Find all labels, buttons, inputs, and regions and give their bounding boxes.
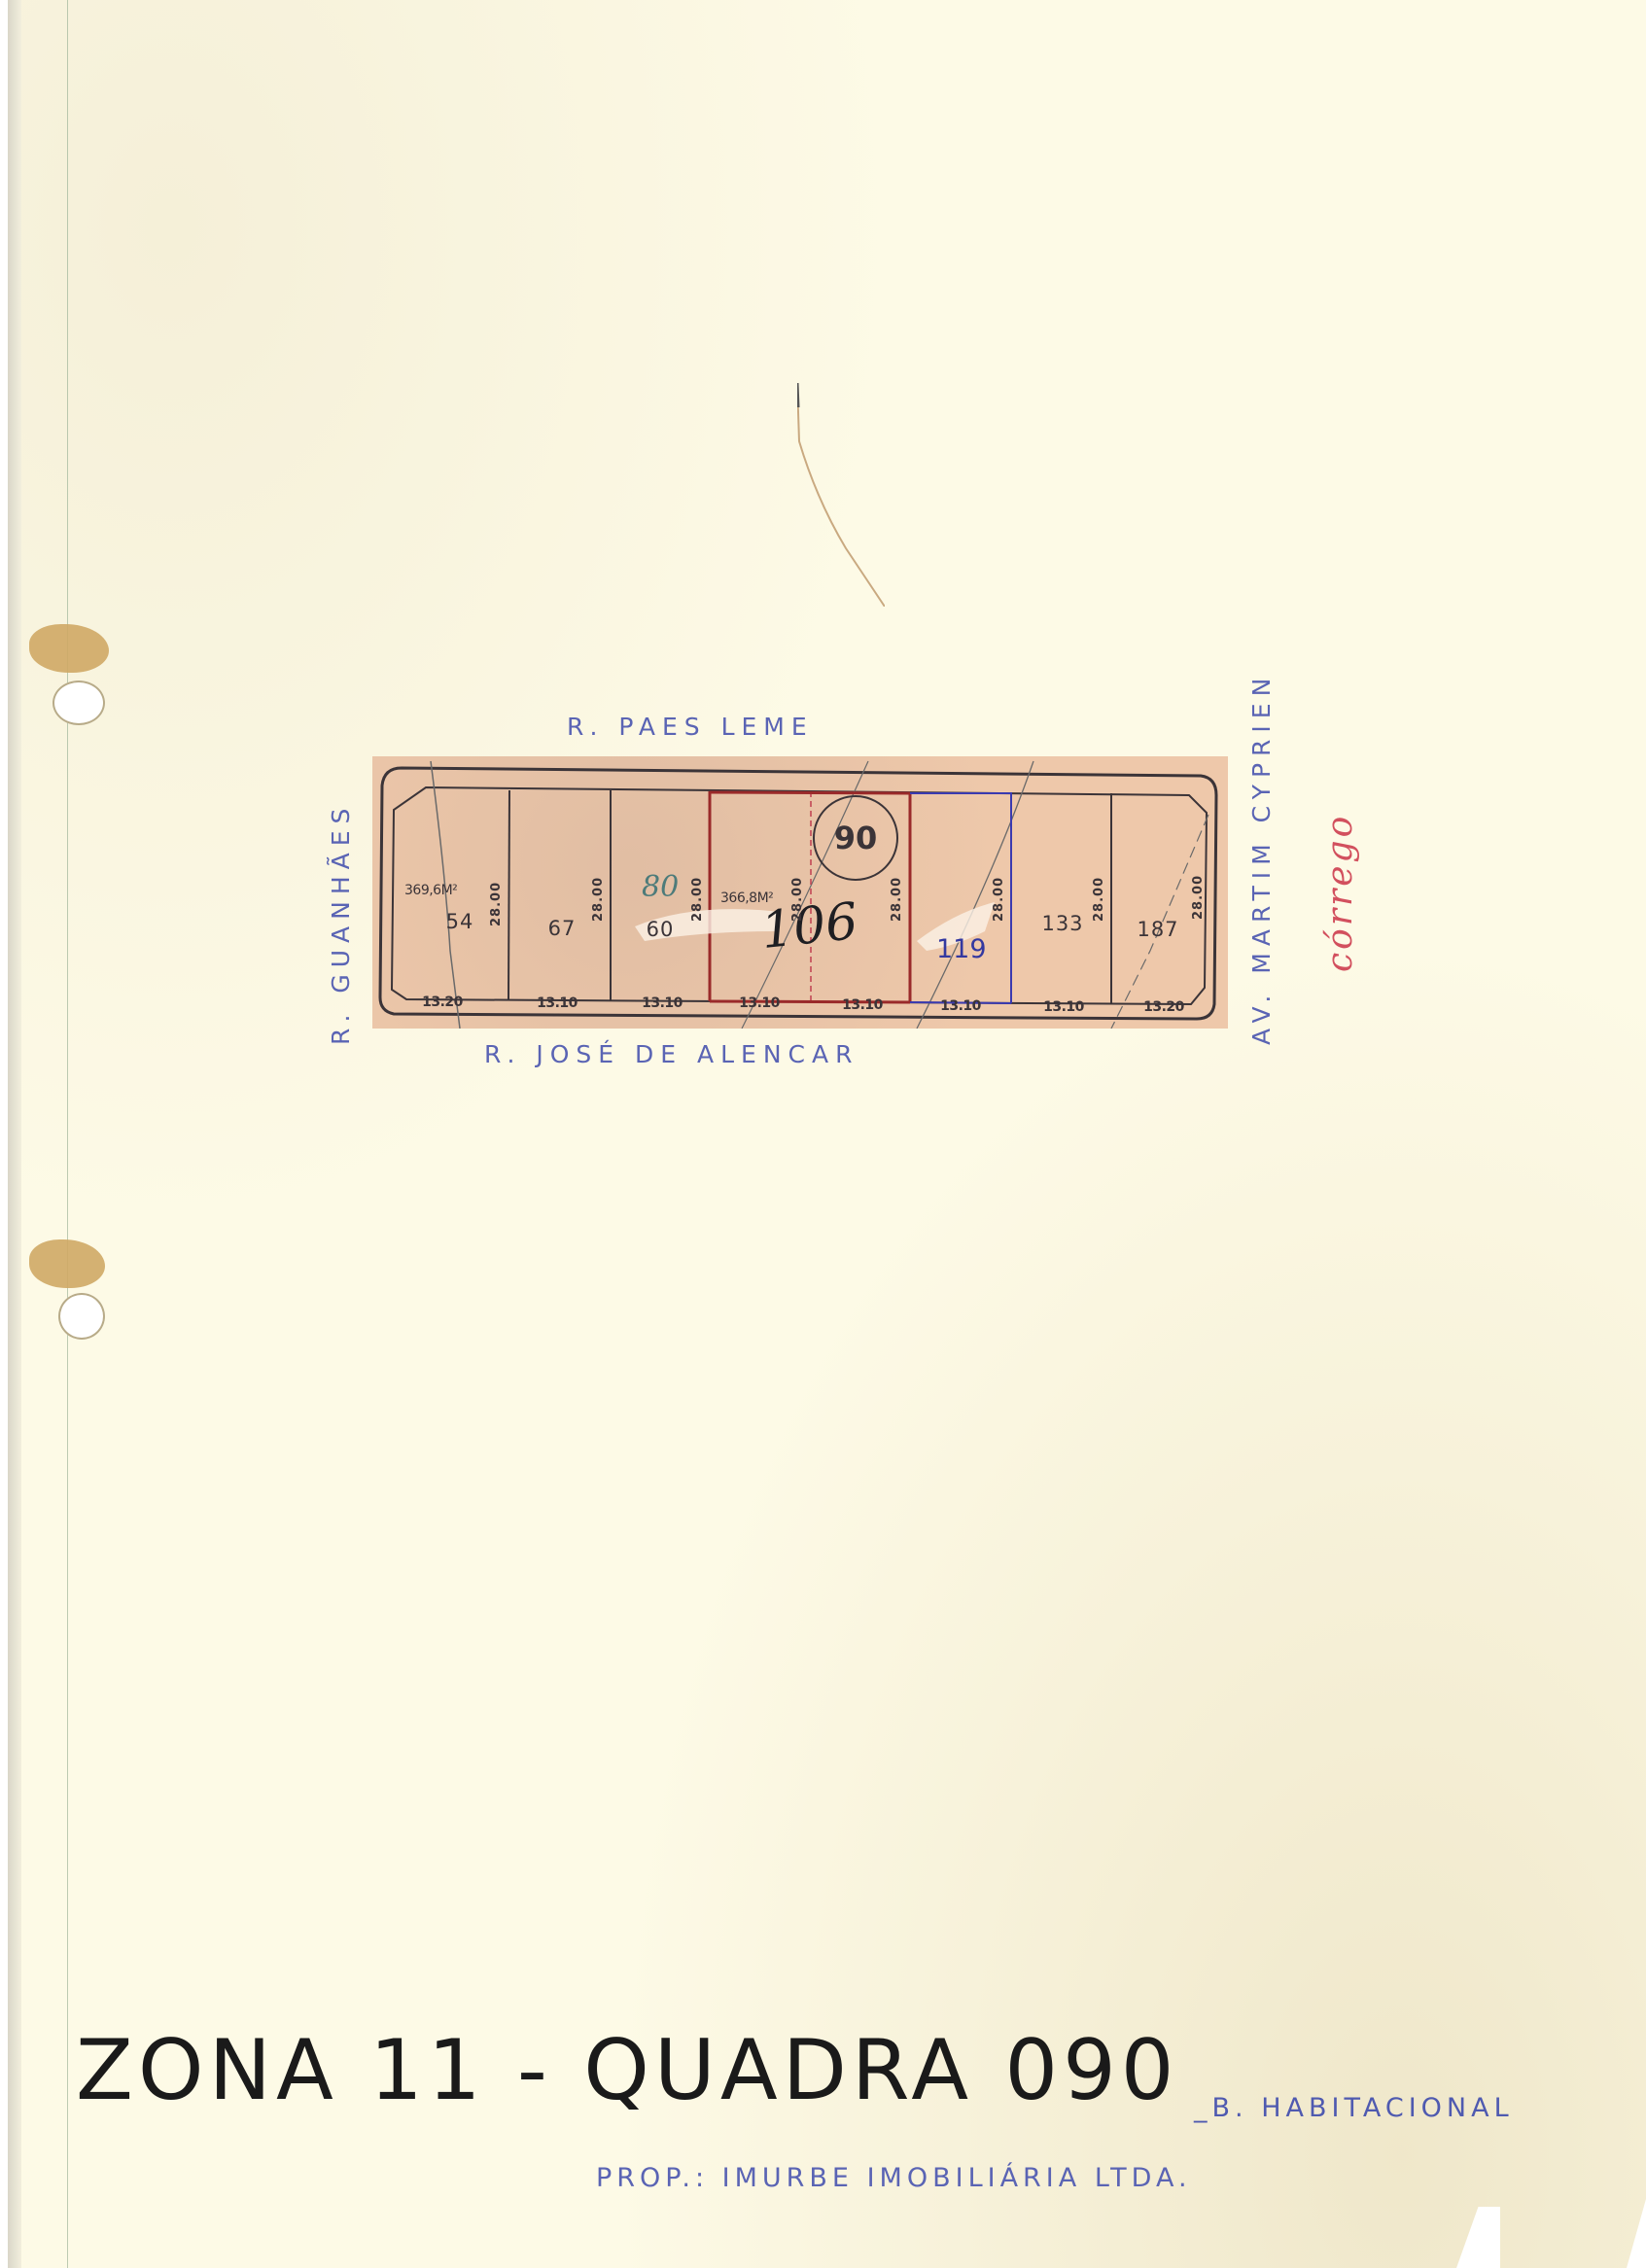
stream-label: córrego xyxy=(1320,814,1360,972)
street-label-south: R. JOSÉ DE ALENCAR xyxy=(484,1040,859,1068)
lot-area: 366,8M² xyxy=(720,890,773,906)
lot-front-width: 13.10 xyxy=(537,995,578,1011)
lot-depth: 28.00 xyxy=(1191,875,1206,920)
lot-front-width: 13.10 xyxy=(739,995,780,1011)
lot-depth: 28.00 xyxy=(690,877,705,922)
document-subtitle: _B. HABITACIONAL xyxy=(1194,2093,1514,2123)
lot-depth: 28.00 xyxy=(591,877,606,922)
block-plan-map: 90 54 67 60 133 187 119 106 80 369,6M² 3… xyxy=(372,756,1228,1029)
block-number-circle: 90 xyxy=(813,795,898,881)
lot-front-width: 13.10 xyxy=(940,998,981,1014)
lot-area: 369,6M² xyxy=(404,883,457,898)
street-label-west: R. GUANHÃES xyxy=(327,802,355,1045)
paper-crease xyxy=(797,383,885,607)
lot-number: 133 xyxy=(1041,912,1083,935)
tape-residue-top xyxy=(29,624,109,673)
lot-depth: 28.00 xyxy=(1092,877,1106,922)
lot-front-width: 13.20 xyxy=(422,994,463,1010)
lot-depth: 28.00 xyxy=(890,877,904,922)
scanned-page: R. PAES LEME R. JOSÉ DE ALENCAR R. GUANH… xyxy=(8,0,1646,2268)
street-label-east: AV. MARTIM CYPRIEN xyxy=(1247,672,1276,1045)
lot-number: 60 xyxy=(647,918,675,941)
tape-residue-bottom xyxy=(29,1239,105,1288)
property-owner: PROP.: IMURBE IMOBILIÁRIA LTDA. xyxy=(596,2163,1192,2193)
lot-number: 187 xyxy=(1137,918,1178,941)
lot-number: 67 xyxy=(548,917,577,940)
lot-front-width: 13.10 xyxy=(1043,999,1084,1015)
torn-edge xyxy=(1456,2207,1500,2268)
handwritten-note: 80 xyxy=(642,870,679,904)
paper-left-edge xyxy=(8,0,21,2268)
lot-front-width: 13.10 xyxy=(842,997,883,1013)
lot-depth: 28.00 xyxy=(790,877,805,922)
block-number: 90 xyxy=(834,820,878,856)
lot-number-handwritten: 119 xyxy=(936,934,987,964)
lot-number: 54 xyxy=(446,910,474,933)
street-label-north: R. PAES LEME xyxy=(567,713,814,741)
torn-edge xyxy=(1627,2199,1646,2268)
lot-depth: 28.00 xyxy=(992,877,1006,922)
lot-depth: 28.00 xyxy=(489,882,504,926)
margin-line xyxy=(67,0,68,2268)
lot-front-width: 13.10 xyxy=(642,995,683,1011)
merged-lot-number-handwritten: 106 xyxy=(758,892,860,960)
document-title: ZONA 11 - QUADRA 090 xyxy=(76,2022,1179,2119)
punch-hole-bottom xyxy=(58,1293,105,1340)
lot-front-width: 13.20 xyxy=(1143,999,1184,1015)
punch-hole-top xyxy=(53,680,105,725)
